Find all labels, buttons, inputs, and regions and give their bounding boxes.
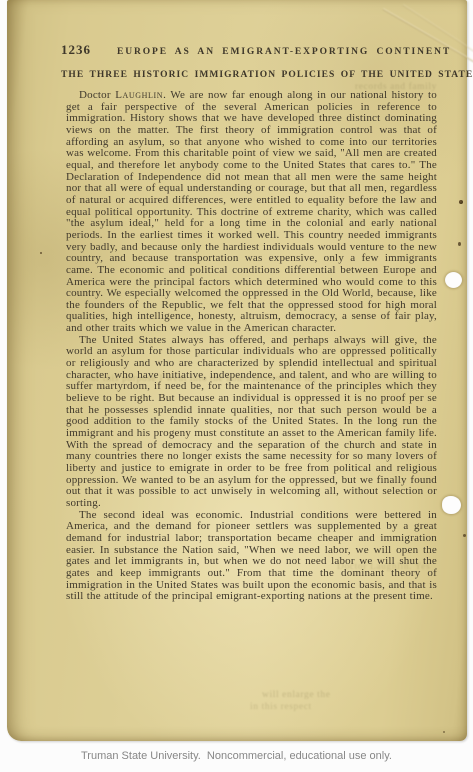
hole-punch [445,272,462,288]
show-through-text: will enlarge the [262,690,331,700]
page-header: 1236 EUROPE AS AN EMIGRANT-EXPORTING CON… [61,42,439,58]
ink-speck [443,731,445,733]
ink-speck [459,200,463,204]
body-text: Doctor Laughlin. We are now far enough a… [66,90,437,603]
paragraph-2: The United States always has offered, an… [66,335,437,510]
speaker-prefix: Doctor [79,89,115,101]
screenshot-canvas: records and family For this purpose I we… [0,0,473,772]
ink-speck [458,242,461,246]
paragraph-1: Doctor Laughlin. We are now far enough a… [66,90,437,335]
paragraph-3: The second ideal was economic. Industria… [66,510,437,603]
paragraph-1-text: . We are now far enough along in our nat… [66,89,437,334]
speaker-name: Laughlin [115,89,163,101]
show-through-text: in this respect [250,702,312,712]
section-title: THE THREE HISTORIC IMMIGRATION POLICIES … [61,70,441,80]
footer-credit: Truman State University. Noncommercial, … [0,750,473,762]
page-number: 1236 [61,42,91,58]
ink-speck [463,534,466,537]
ink-speck [40,252,42,254]
running-title: EUROPE AS AN EMIGRANT-EXPORTING CONTINEN… [117,47,451,57]
hole-punch [442,496,461,514]
